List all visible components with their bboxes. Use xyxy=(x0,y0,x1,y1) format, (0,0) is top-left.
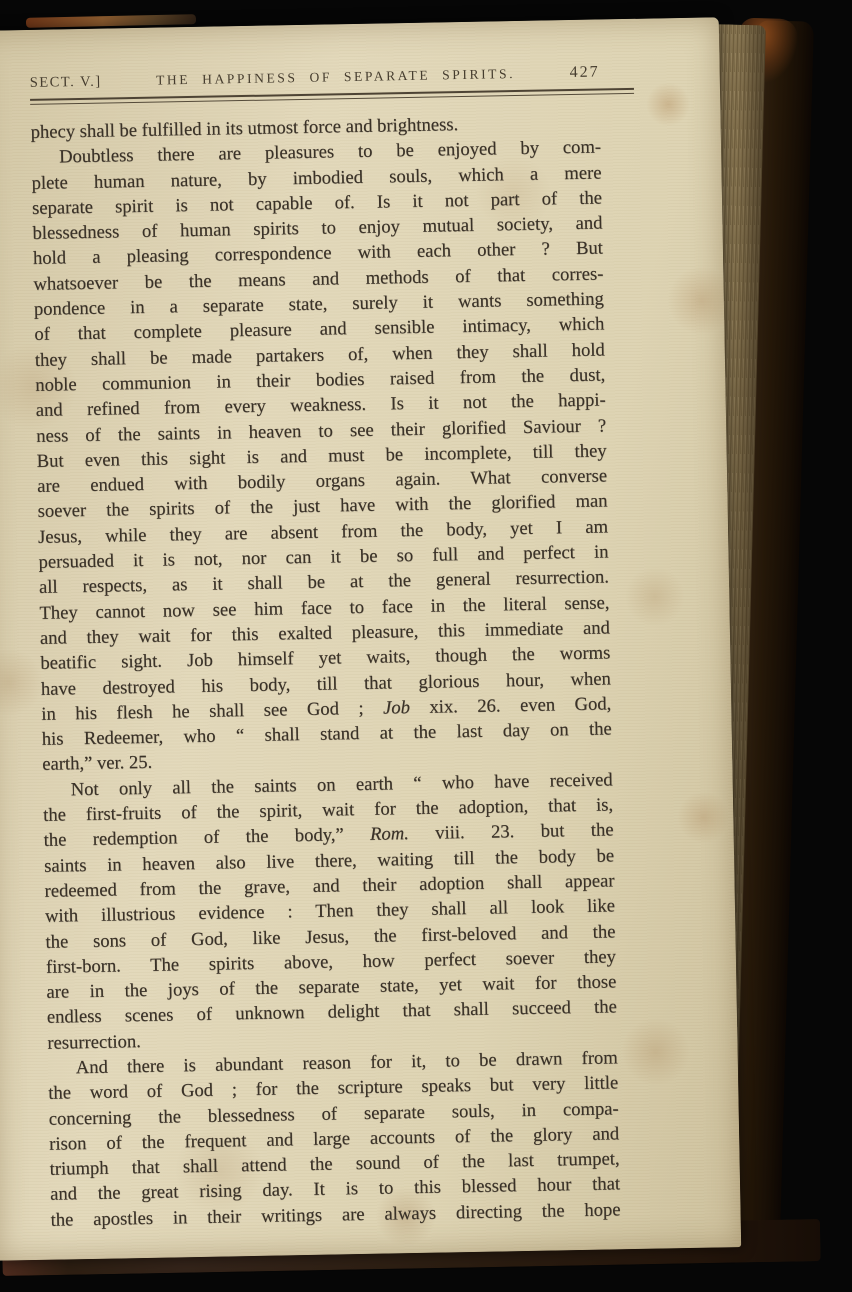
header-double-rule xyxy=(30,88,634,105)
page-number: 427 xyxy=(569,63,599,82)
page-content: SECT. V.] THE HAPPINESS OF SEPARATE SPIR… xyxy=(30,63,621,1232)
running-title: THE HAPPINESS OF SEPARATE SPIRITS. xyxy=(102,65,570,90)
cover-rust-sliver xyxy=(26,14,196,28)
body-text: phecy shall be fulfilled in its utmost f… xyxy=(30,109,620,1232)
book-scan-scene: SECT. V.] THE HAPPINESS OF SEPARATE SPIR… xyxy=(0,0,852,1292)
section-label: SECT. V.] xyxy=(30,74,102,92)
page-header: SECT. V.] THE HAPPINESS OF SEPARATE SPIR… xyxy=(30,63,600,91)
book-page: SECT. V.] THE HAPPINESS OF SEPARATE SPIR… xyxy=(0,17,741,1260)
